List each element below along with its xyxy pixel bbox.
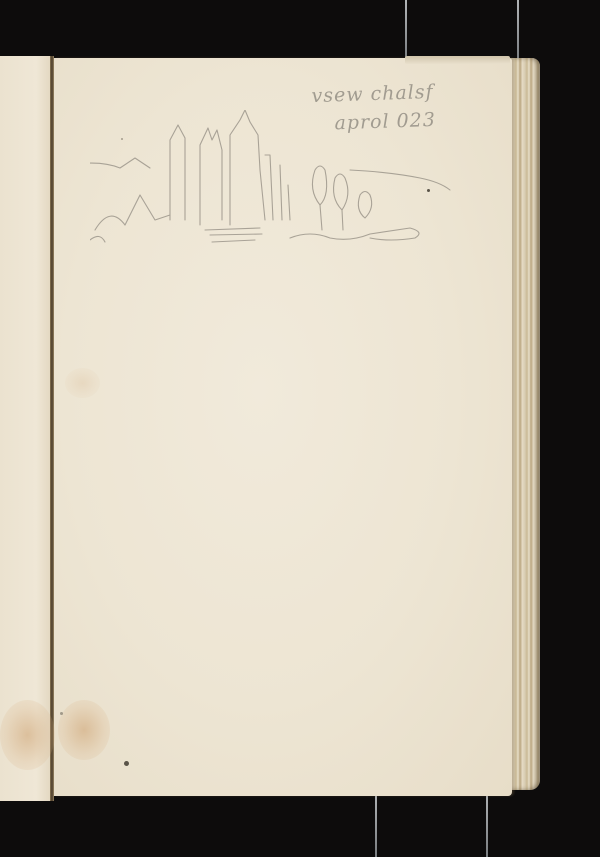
- speck-bottom: [60, 712, 63, 715]
- top-page-edge: [405, 56, 510, 64]
- left-page: [0, 56, 52, 801]
- strap-bottom-left: [375, 790, 377, 857]
- foxing-stain-left: [0, 700, 55, 770]
- pencil-dot-right: [427, 189, 430, 192]
- sketchbook-photo: vsew chalsf aprol 023: [0, 0, 600, 857]
- foxing-stain-right: [58, 700, 110, 760]
- inscription-line-1: vsew chalsf: [311, 78, 435, 110]
- strap-top-right: [517, 0, 519, 62]
- faint-stain-mid: [65, 368, 100, 398]
- castle-sketch: [90, 110, 460, 250]
- book-gutter: [50, 56, 54, 801]
- strap-top-left: [405, 0, 407, 60]
- pencil-dot-left: [121, 138, 123, 140]
- dark-spot-bottom: [124, 761, 129, 766]
- strap-bottom-right: [486, 790, 488, 857]
